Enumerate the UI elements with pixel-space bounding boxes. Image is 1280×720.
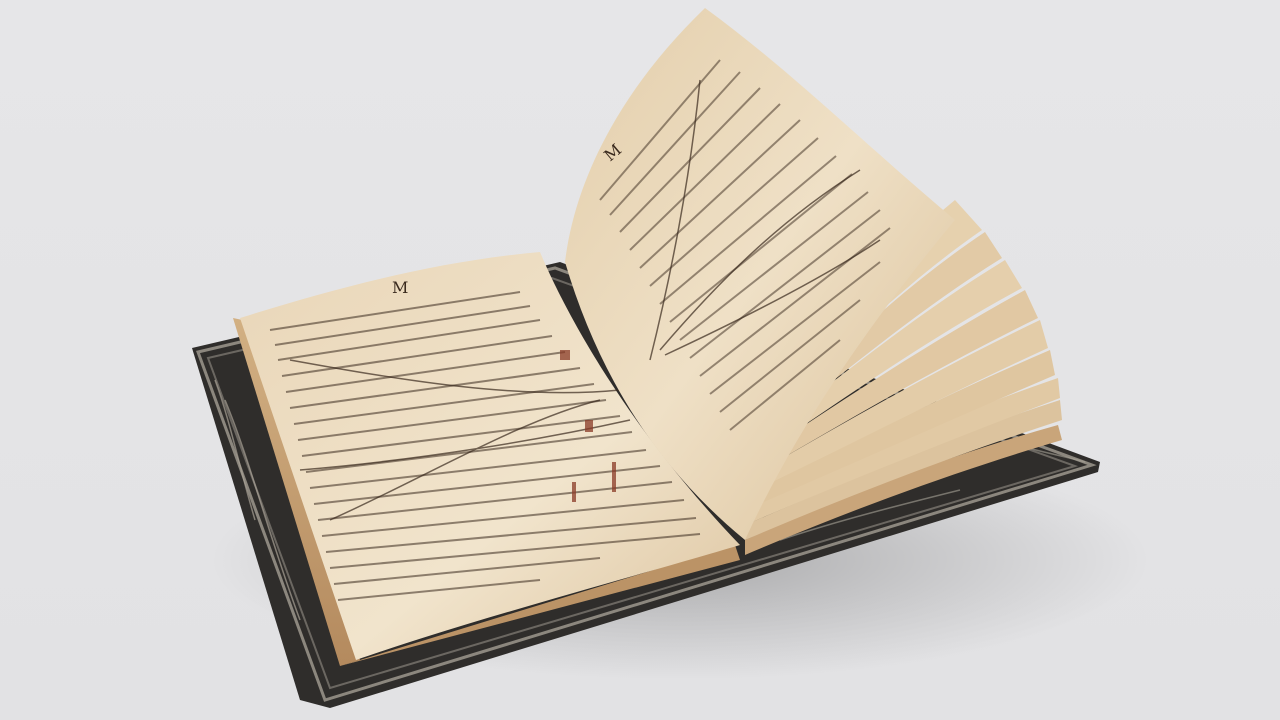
book-scene: M M [0, 0, 1280, 720]
open-book-illustration: M M [0, 0, 1280, 720]
left-page-heading: M [392, 278, 408, 297]
